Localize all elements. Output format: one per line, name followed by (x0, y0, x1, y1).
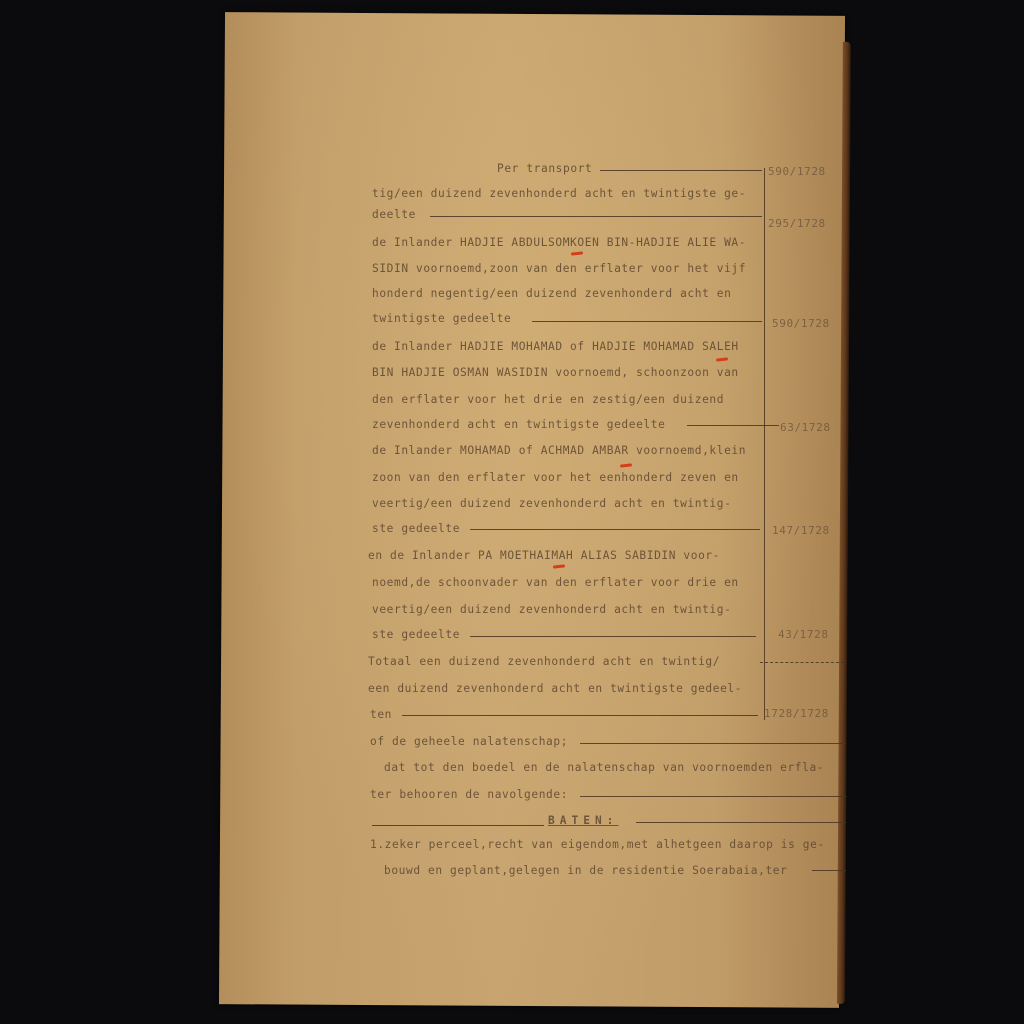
text-line: de Inlander MOHAMAD of ACHMAD AMBAR voor… (372, 444, 746, 457)
text-line: de Inlander HADJIE MOHAMAD of HADJIE MOH… (372, 340, 739, 353)
text-line: SIDIN voornoemd,zoon van den erflater vo… (372, 262, 746, 275)
text-line: twintigste gedeelte (372, 312, 511, 325)
leader-rule (470, 636, 756, 637)
text-line: ter behooren de navolgende: (370, 788, 568, 801)
section-heading-baten: BATEN: (548, 814, 618, 827)
amount-line: 590/1728 (772, 317, 830, 330)
leader-rule (430, 216, 762, 217)
text-line: ste gedeelte (372, 522, 460, 535)
correction-mark (553, 564, 565, 568)
amount-total: 1728/1728 (764, 707, 829, 720)
text-line: ten (370, 708, 392, 721)
leader-rule (580, 743, 846, 744)
text-line: bouwd en geplant,gelegen in de residenti… (384, 864, 787, 877)
subtotal-dashed-rule (760, 662, 844, 663)
text-line: tig/een duizend zevenhonderd acht en twi… (372, 187, 746, 200)
text-line: BIN HADJIE OSMAN WASIDIN voornoemd, scho… (372, 366, 739, 379)
correction-mark (620, 463, 632, 467)
amount-line: 147/1728 (772, 524, 830, 537)
text-line: den erflater voor het drie en zestig/een… (372, 393, 724, 406)
text-line: deelte (372, 208, 416, 221)
text-line: veertig/een duizend zevenhonderd acht en… (372, 497, 731, 510)
leader-rule (532, 321, 762, 322)
amount-line: 295/1728 (768, 217, 826, 230)
column-rule (764, 168, 765, 720)
text-line: honderd negentig/een duizend zevenhonder… (372, 287, 731, 300)
text-line: de Inlander HADJIE ABDULSOMKOEN BIN-HADJ… (372, 236, 746, 249)
text-line: veertig/een duizend zevenhonderd acht en… (372, 603, 731, 616)
text-line-total: Totaal een duizend zevenhonderd acht en … (368, 655, 720, 668)
text-line: zevenhonderd acht en twintigste gedeelte (372, 418, 665, 431)
correction-mark (571, 251, 583, 255)
amount-line: 43/1728 (778, 628, 829, 641)
heading-rule-left (372, 825, 544, 826)
heading-rule-right (636, 822, 846, 823)
leader-rule (470, 529, 760, 530)
leader-rule (812, 870, 846, 871)
typed-text-layer: Per transport 590/1728 tig/een duizend z… (0, 0, 1024, 1024)
text-line: dat tot den boedel en de nalatenschap va… (384, 761, 824, 774)
leader-rule (600, 170, 762, 171)
text-line: noemd,de schoonvader van den erflater vo… (372, 576, 739, 589)
text-line-transport: Per transport (497, 162, 592, 175)
leader-rule (402, 715, 758, 716)
text-line: of de geheele nalatenschap; (370, 735, 568, 748)
amount-line: 63/1728 (780, 421, 831, 434)
leader-rule (580, 796, 846, 797)
text-line: een duizend zevenhonderd acht en twintig… (368, 682, 742, 695)
text-line: en de Inlander PA MOETHAIMAH ALIAS SABID… (368, 549, 720, 562)
amount-transport: 590/1728 (768, 165, 826, 178)
text-line: 1.zeker perceel,recht van eigendom,met a… (370, 838, 825, 851)
text-line: zoon van den erflater voor het eenhonder… (372, 471, 739, 484)
text-line: ste gedeelte (372, 628, 460, 641)
leader-rule (687, 425, 779, 426)
correction-mark (716, 357, 728, 361)
